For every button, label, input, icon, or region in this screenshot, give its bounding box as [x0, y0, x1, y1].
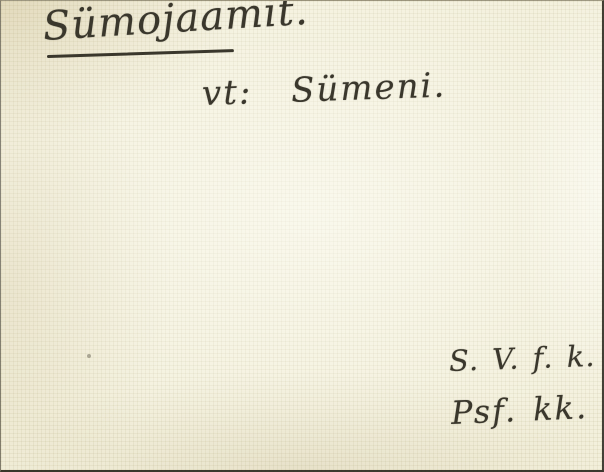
handwritten-notation-line-2: Psf. kk. — [450, 391, 588, 429]
handwritten-notation-line-1: S. V. f. k. — [448, 342, 595, 376]
handwritten-title: Sümojaamit. — [42, 0, 310, 47]
handwritten-see-also-note: vt: Sümeni. — [201, 68, 446, 111]
scanned-note-card: Sümojaamit. vt: Sümeni. S. V. f. k. Psf.… — [0, 0, 604, 472]
paper-speck — [87, 354, 91, 358]
title-underline — [47, 49, 234, 58]
